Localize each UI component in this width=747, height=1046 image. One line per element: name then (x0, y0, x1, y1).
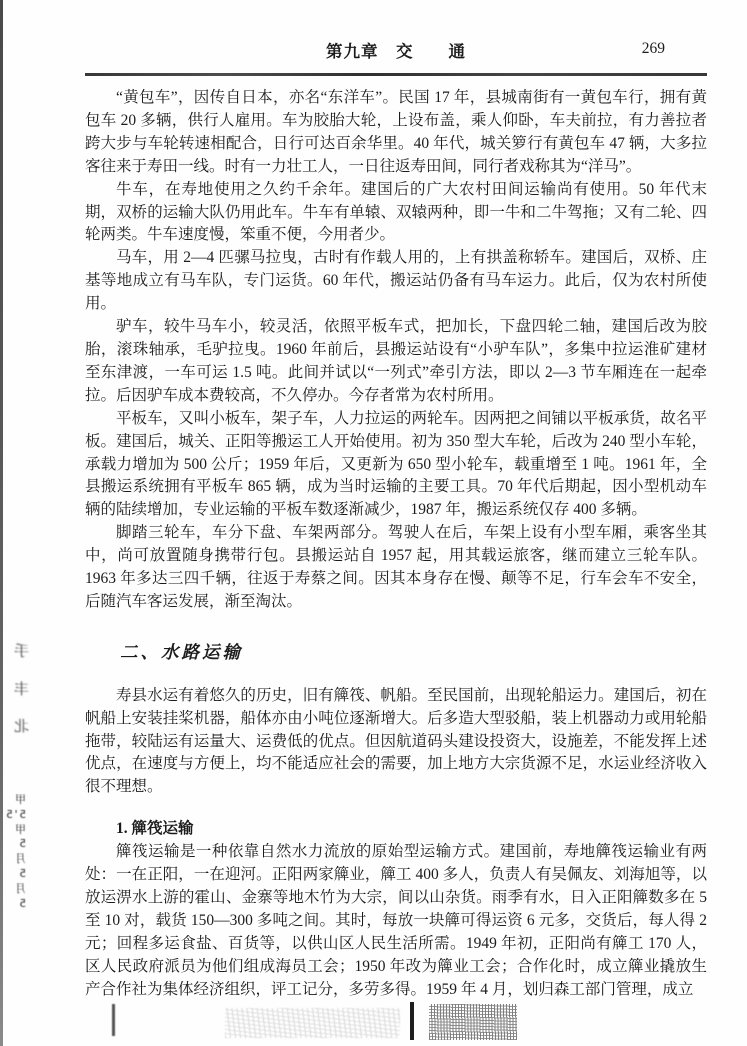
margin-bleed-mark: 丰 (14, 678, 29, 699)
paragraph-ox-cart: 牛车，在寿地使用之久约千余年。建国后的广大农村田间运输尚有使用。50 年代末期，… (85, 179, 707, 248)
paragraph-pedal-tricycle: 脚踏三轮车，车分下盘、车架两部分。驾驶人在后，车架上设有小型车厢，乘客坐其中，尚… (85, 522, 707, 614)
page: 第九章 交 通 269 “黄包车”，因传自日本，亦名“东洋车”。民国 17 年，… (85, 38, 707, 1002)
paragraph-flatbed-cart: 平板车，又叫小板车，架子车，人力拉运的两轮车。因两把之间铺以平板承货，故名平板。… (85, 408, 707, 523)
margin-bleed-mark: 北 (14, 715, 29, 736)
paragraph-water-transport-intro: 寿县水运有着悠久的历史，旧有簰筏、帆船。至民国前，出现轮船运力。建国后，初在帆船… (85, 685, 707, 800)
scan-noise-dense-patch (429, 1004, 517, 1040)
page-number: 269 (642, 40, 665, 58)
margin-bleed-mark: 手 (14, 640, 29, 661)
margin-bleed-column: 甲5'5甲5月5月5 (12, 793, 26, 911)
paragraph-horse-cart: 马车，用 2—4 匹骡马拉曳，古时有作载人用的，上有拱盖称轿车。建国后，双桥、庄… (85, 247, 707, 316)
scan-noise-tick (112, 1004, 115, 1036)
body-text: “黄包车”，因传自日本，亦名“东洋车”。民国 17 年，县城南街有一黄包车行，拥… (85, 87, 707, 1002)
page-header: 第九章 交 通 269 (85, 38, 707, 66)
chapter-title: 第九章 交 通 (85, 38, 707, 62)
scan-noise-bar (410, 1002, 414, 1040)
scan-edge-shadow (0, 0, 3, 1046)
scan-noise-faint-patch (225, 1008, 400, 1038)
subsection-heading-raft-transport: 1. 簰筏运输 (85, 818, 707, 841)
header-rule (85, 73, 707, 76)
section-heading-water-transport: 二、水路运输 (85, 641, 707, 664)
paragraph-raft-transport: 簰筏运输是一种依靠自然水力流放的原始型运输方式。建国前，寿地簰筏运输业有两处：一… (85, 841, 707, 1001)
paragraph-rickshaw: “黄包车”，因传自日本，亦名“东洋车”。民国 17 年，县城南街有一黄包车行，拥… (85, 87, 707, 179)
paragraph-donkey-cart: 驴车，较牛马车小，较灵活，依照平板车式，把加长，下盘四轮二轴，建国后改为胶胎，滚… (85, 316, 707, 408)
